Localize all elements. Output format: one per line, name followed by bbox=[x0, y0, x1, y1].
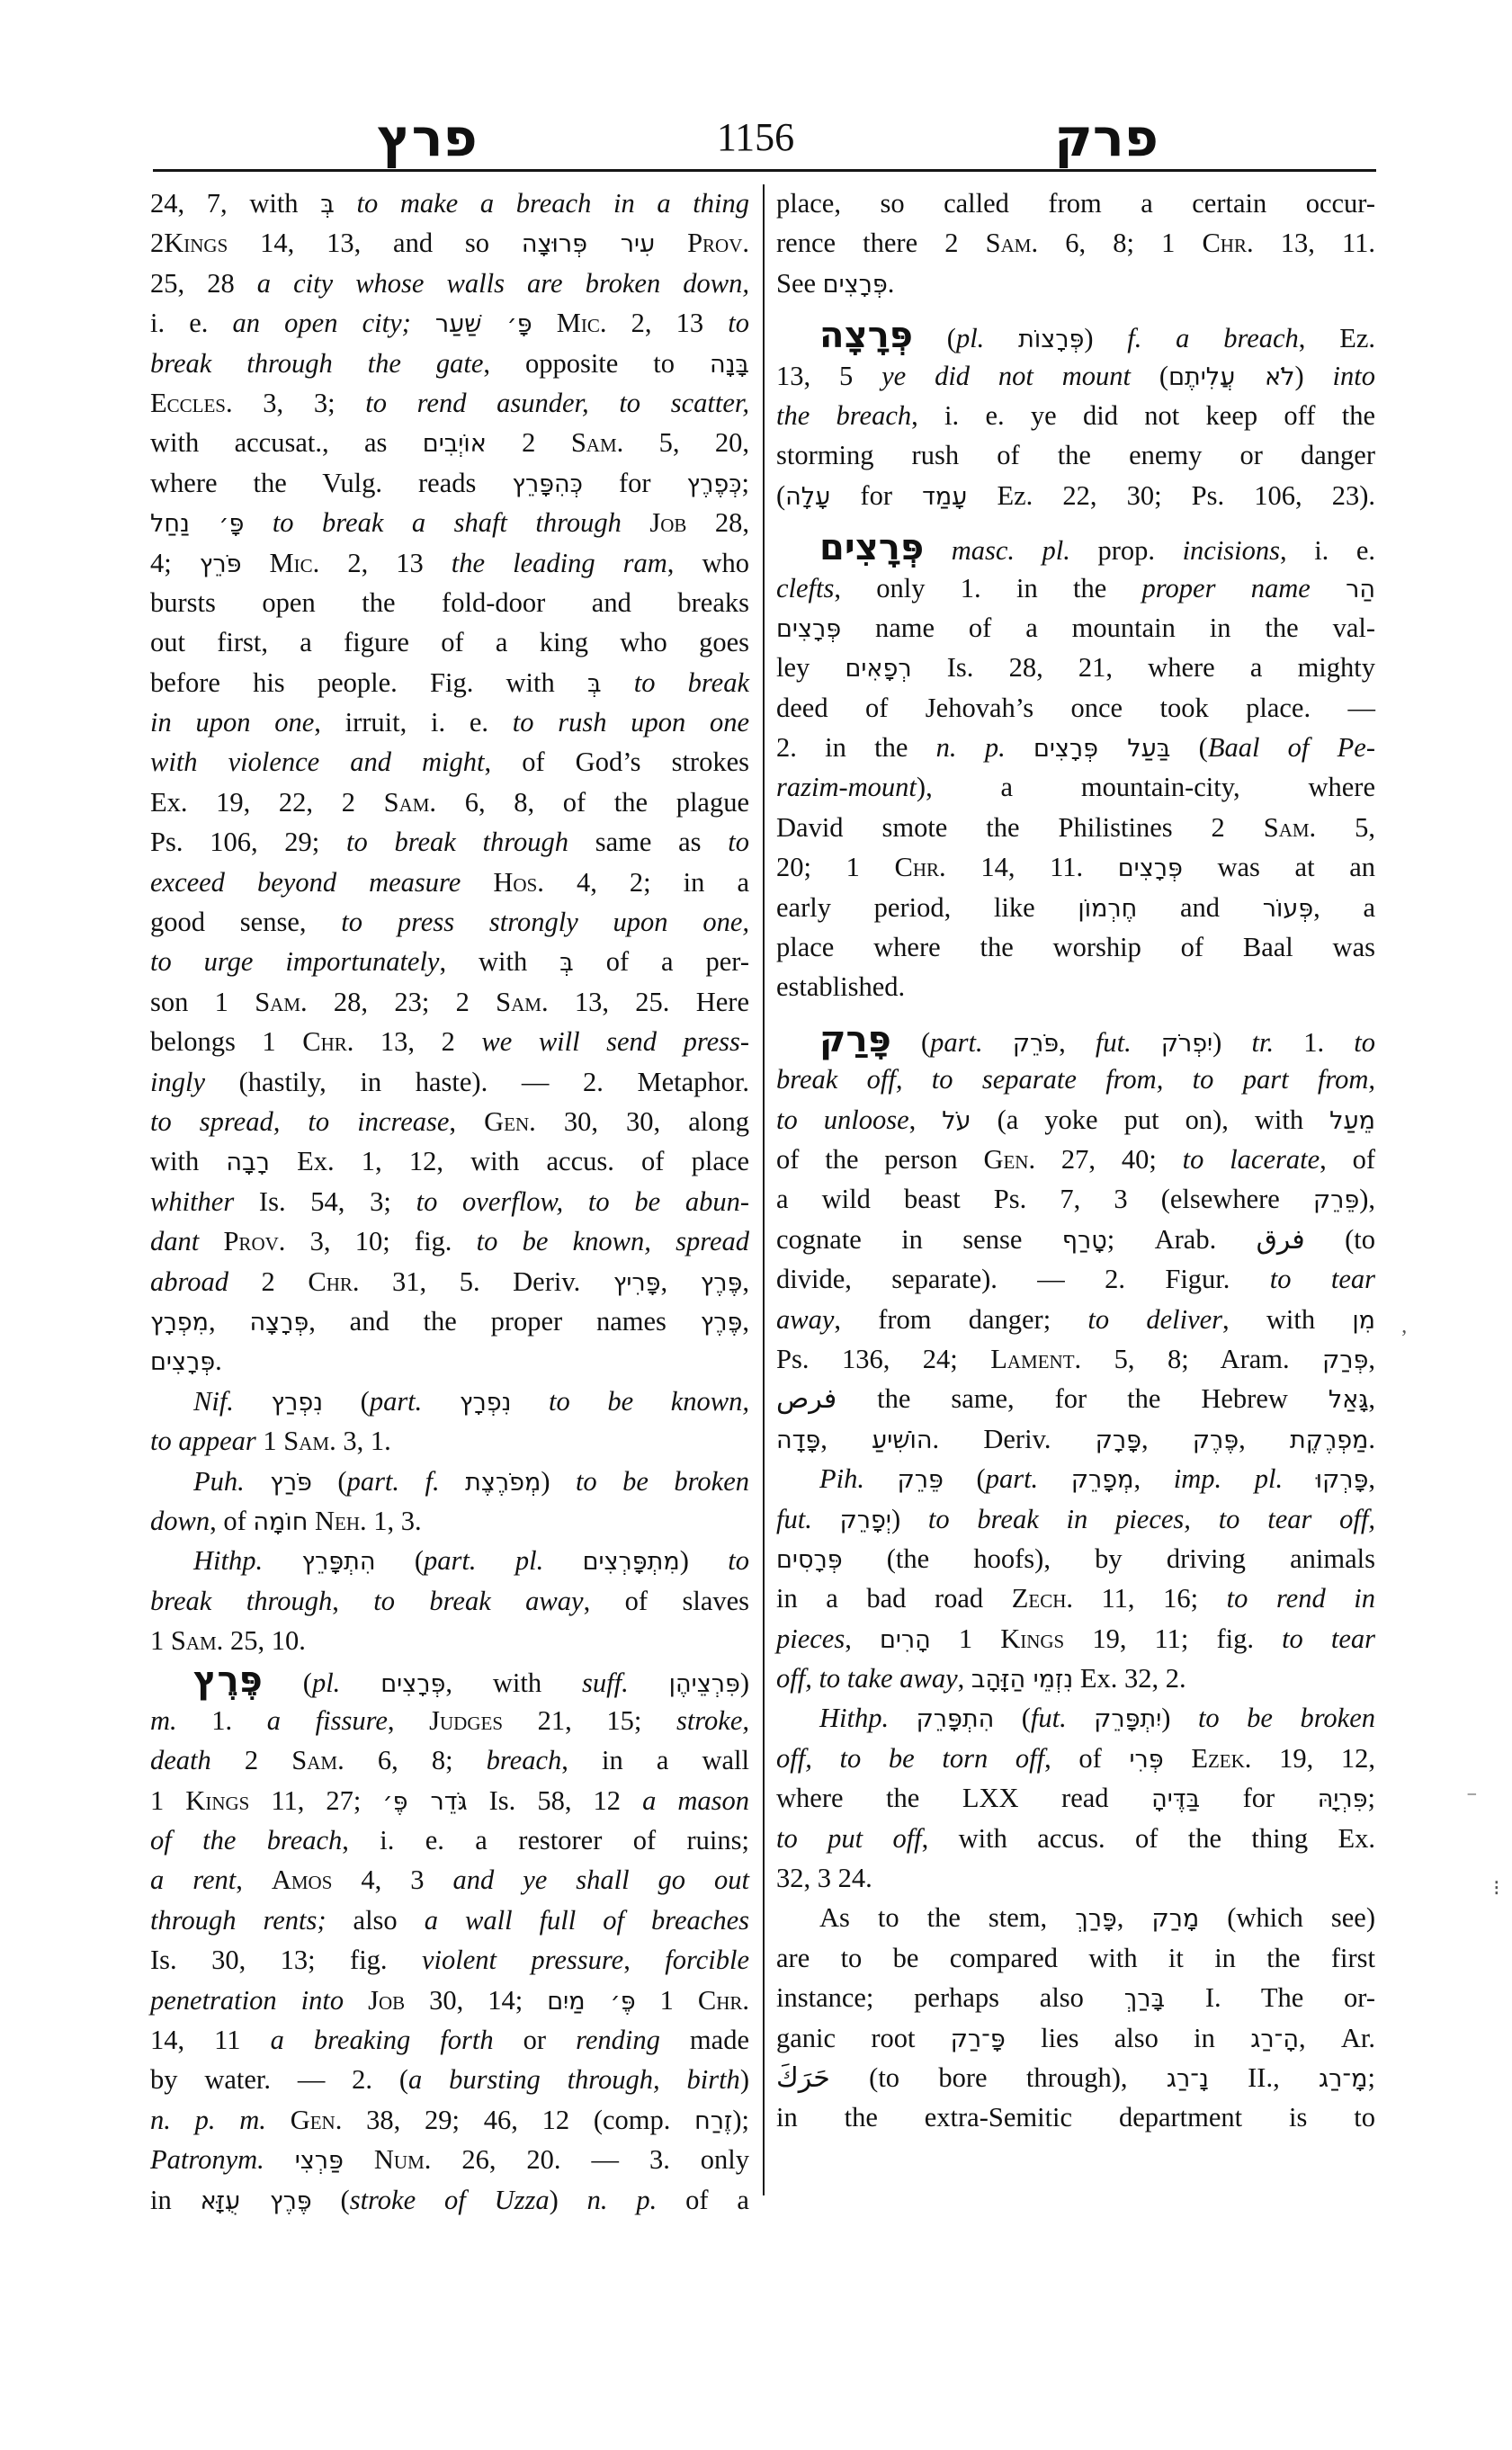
roman-text: (which see) bbox=[1199, 1902, 1375, 1933]
roman-text: , of bbox=[1044, 1743, 1129, 1774]
text-line: פְּרָצִים masc. pl. prop. incisions, i. … bbox=[776, 528, 1375, 568]
hebrew-word: בְּ bbox=[320, 191, 335, 219]
book-abbreviation: Hos. bbox=[493, 867, 544, 898]
roman-text bbox=[629, 1668, 669, 1698]
text-line: of the breach, i. e. a restorer of ruins… bbox=[150, 1820, 749, 1860]
hebrew-word: פְּעוֹר bbox=[1263, 895, 1313, 923]
roman-text: ) bbox=[680, 1545, 729, 1576]
book-abbreviation: Gen. bbox=[484, 1106, 536, 1137]
book-abbreviation: Sam. bbox=[384, 787, 436, 818]
hebrew-word: פְּרָסִים bbox=[776, 1546, 843, 1574]
text-line: to appear 1 Sam. 3, 1. bbox=[150, 1421, 749, 1461]
text-line: حَرَكَ (to bore through), נָ־רַג II., מָ… bbox=[776, 2058, 1375, 2097]
text-line: out first, a figure of a king who goes bbox=[150, 622, 749, 662]
italic-text: a bursting through, birth bbox=[408, 2064, 740, 2095]
roman-text bbox=[1038, 1463, 1071, 1494]
roman-text: ) bbox=[740, 2064, 749, 2095]
book-abbreviation: Sam. bbox=[283, 1426, 336, 1456]
italic-text: violent pressure bbox=[422, 1945, 623, 1975]
roman-text: . bbox=[215, 1346, 222, 1376]
roman-text: ), a mountain-city, where bbox=[917, 772, 1375, 802]
text-line: (עָלָה for עָמַד Ez. 22, 30; Ps. 106, 23… bbox=[776, 476, 1375, 515]
roman-text: 6, 8; 1 bbox=[1038, 228, 1202, 258]
column-divider bbox=[763, 184, 765, 2195]
italic-text: death bbox=[150, 1745, 211, 1775]
roman-text: 2 bbox=[150, 228, 164, 258]
roman-text bbox=[511, 1386, 549, 1417]
roman-text: (to bbox=[1305, 1224, 1375, 1255]
text-line: a rent, Amos 4, 3 and ye shall go out bbox=[150, 1860, 749, 1900]
roman-text: Ps. 106, 29; bbox=[150, 827, 346, 857]
text-line: n. p. m. Gen. 38, 29; 46, 12 (comp. זֶרַ… bbox=[150, 2100, 749, 2140]
roman-text: of a bbox=[657, 2185, 749, 2215]
roman-text: divide, separate). — 2. Figur. bbox=[776, 1264, 1270, 1294]
text-line: the breach, i. e. ye did not keep off th… bbox=[776, 396, 1375, 435]
hebrew-word: פֶּרֶק bbox=[1193, 1426, 1239, 1454]
roman-text: 1. bbox=[1274, 1027, 1354, 1058]
italic-text: to be known, spread bbox=[477, 1226, 749, 1256]
roman-text: made bbox=[660, 2025, 749, 2055]
italic-text: a wall full of breaches bbox=[425, 1905, 749, 1936]
text-line: ingly (hastily, in haste). — 2. Metaphor… bbox=[150, 1062, 749, 1102]
roman-text: ) bbox=[1161, 1703, 1198, 1733]
hebrew-word: כְּהִפָּרֵץ bbox=[512, 470, 583, 498]
roman-text: , bbox=[1368, 1463, 1375, 1494]
text-line: good sense, to press strongly upon one, bbox=[150, 902, 749, 942]
roman-text bbox=[543, 1545, 582, 1576]
italic-text: tr. bbox=[1252, 1027, 1275, 1058]
italic-text: away bbox=[776, 1304, 834, 1335]
hebrew-word: נִפְרַץ bbox=[272, 1389, 323, 1417]
hebrew-word: מִפְרָץ bbox=[150, 1309, 209, 1337]
entry-headword: פֶּרֶץ bbox=[193, 1659, 263, 1701]
text-line: 20; 1 Chr. 14, 11. פְּרָצִים was at an bbox=[776, 847, 1375, 887]
text-line: off, to take away, נִזְמֵי הַזָּהָב Ex. … bbox=[776, 1659, 1375, 1698]
roman-text bbox=[1132, 1027, 1161, 1058]
roman-text: 26, 20. — 3. only bbox=[431, 2144, 749, 2175]
roman-text: early period, like bbox=[776, 892, 1078, 923]
text-line: ganic root פָּ־רַק lies also in הָ־רַג, … bbox=[776, 2018, 1375, 2058]
italic-text: rending bbox=[576, 2025, 660, 2055]
hebrew-word: עֹל bbox=[942, 1107, 971, 1135]
italic-text: pl. bbox=[312, 1668, 340, 1698]
text-line: place, so called from a certain occur- bbox=[776, 183, 1375, 223]
hebrew-word: מַפְרֶקֶת bbox=[1290, 1426, 1368, 1454]
italic-text: proper name bbox=[1142, 573, 1311, 604]
hebrew-word: פֹּרֵץ bbox=[200, 550, 242, 578]
text-line: פָּדָה, הוֹשִׁיעַ. Deriv. פָּרָק, פֶּרֶק… bbox=[776, 1419, 1375, 1459]
text-line: clefts, only 1. in the proper name הַר bbox=[776, 568, 1375, 608]
running-head-right-text: פרק bbox=[1054, 107, 1159, 168]
italic-text: a fissure bbox=[267, 1705, 388, 1736]
italic-text: to overflow, to be abun- bbox=[416, 1186, 749, 1217]
roman-text bbox=[308, 1506, 315, 1536]
italic-text: the leading ram bbox=[452, 548, 667, 578]
hebrew-word: פֹּרַץ bbox=[270, 1469, 312, 1497]
hebrew-word: מְפָרֵק bbox=[1071, 1466, 1134, 1494]
roman-text bbox=[983, 1027, 1013, 1058]
text-line: pieces, הָרִים 1 Kings 19, 11; fig. to t… bbox=[776, 1619, 1375, 1659]
italic-text: fut. bbox=[1031, 1703, 1067, 1733]
italic-text: to put off bbox=[776, 1823, 922, 1854]
hebrew-word: חוֹמָה bbox=[253, 1508, 308, 1536]
text-line: פְּרָצִים. bbox=[150, 1341, 749, 1381]
italic-text: to deliver bbox=[1087, 1304, 1222, 1335]
italic-text: pl. bbox=[956, 323, 984, 353]
roman-text: 28, bbox=[686, 507, 749, 538]
hebrew-word: כְּפֶרֶץ bbox=[687, 470, 742, 498]
hebrew-word: פִּרְצֵיהֶן bbox=[669, 1670, 740, 1698]
text-line: deed of Jehovah’s once took place. — bbox=[776, 688, 1375, 728]
roman-text: 21, 15; bbox=[503, 1705, 676, 1736]
roman-text: Ex. 1, 12, with accus. of place bbox=[270, 1146, 749, 1176]
book-abbreviation: Sam. bbox=[291, 1745, 344, 1775]
hebrew-word: פֶּרֶץ bbox=[701, 1269, 743, 1297]
roman-text: 5, 20, bbox=[623, 427, 749, 458]
text-line: abroad 2 Chr. 31, 5. Deriv. פָּרִיץ, פֶּ… bbox=[150, 1262, 749, 1301]
roman-text: ) bbox=[891, 1504, 928, 1534]
roman-text: , of slaves bbox=[584, 1586, 749, 1616]
text-line: פְּרָצִים name of a mountain in the val- bbox=[776, 608, 1375, 648]
text-line: off, to be torn off, of פְּרִי Ezek. 19,… bbox=[776, 1739, 1375, 1778]
text-line: 14, 11 a breaking forth or rending made bbox=[150, 2020, 749, 2060]
italic-text: to press strongly upon one, bbox=[341, 907, 749, 937]
roman-text: established. bbox=[776, 971, 905, 1002]
text-line: See פְּרָצִים. bbox=[776, 264, 1375, 303]
text-line: Puh. פֹּרַץ (part. f. מְפֹרֶצֶת) to be b… bbox=[150, 1462, 749, 1501]
roman-text: , i. e. ye did not keep off the bbox=[911, 400, 1375, 431]
roman-text: 2, 13 bbox=[319, 548, 452, 578]
italic-text: n. p. bbox=[587, 2185, 658, 2215]
text-line: in the extra-Semitic department is to bbox=[776, 2097, 1375, 2137]
text-line: son 1 Sam. 28, 23; 2 Sam. 13, 25. Here bbox=[150, 982, 749, 1022]
roman-text: , bbox=[909, 1104, 943, 1135]
hebrew-word: פֵּרֵק bbox=[1313, 1186, 1359, 1214]
text-line: פָּ׳ נַחַל to break a shaft through Job … bbox=[150, 503, 749, 542]
roman-text: . bbox=[888, 268, 895, 299]
roman-text: bursts open the fold-door and breaks bbox=[150, 587, 749, 618]
text-line: bursts open the fold-door and breaks bbox=[150, 583, 749, 622]
roman-text: 20; 1 bbox=[776, 852, 895, 882]
roman-text: ( bbox=[891, 1027, 930, 1058]
roman-text: Ex. 32, 2. bbox=[1073, 1663, 1185, 1694]
italic-text: penetration into bbox=[150, 1985, 344, 2016]
roman-text: David smote the Philistines 2 bbox=[776, 812, 1264, 843]
text-line: to spread, to increase, Gen. 30, 30, alo… bbox=[150, 1102, 749, 1141]
text-line: a wild beast Ps. 7, 3 (elsewhere פֵּרֵק)… bbox=[776, 1179, 1375, 1219]
roman-text: , i. e. a restorer of ruins; bbox=[342, 1825, 749, 1855]
roman-text: 6, 8, of the plague bbox=[436, 787, 749, 818]
roman-text: 11, 27; bbox=[249, 1785, 382, 1816]
roman-text: good sense, bbox=[150, 907, 341, 937]
italic-text: break through the gate bbox=[150, 348, 483, 379]
book-abbreviation: Prov. bbox=[687, 228, 749, 258]
italic-text: Hithp. bbox=[193, 1545, 263, 1576]
text-line: Ps. 136, 24; Lament. 5, 8; Aram. פְּרַק, bbox=[776, 1339, 1375, 1379]
roman-text: , a bbox=[1313, 892, 1375, 923]
roman-text: also bbox=[327, 1905, 425, 1936]
italic-text: to bbox=[728, 308, 749, 338]
book-abbreviation: Amos bbox=[272, 1864, 333, 1895]
roman-text: ( bbox=[1131, 361, 1168, 391]
hebrew-word: עָמַד bbox=[922, 483, 967, 511]
book-abbreviation: Sam. bbox=[171, 1625, 223, 1656]
book-abbreviation: Kings bbox=[1000, 1623, 1064, 1654]
hebrew-word: מֵעַל bbox=[1329, 1107, 1375, 1135]
text-line: פְּרָסִים (the hoofs), by driving animal… bbox=[776, 1539, 1375, 1578]
italic-text: to be broken bbox=[1198, 1703, 1375, 1733]
italic-text: off, to take away bbox=[776, 1663, 958, 1694]
hebrew-word: פִּרְיָהּ bbox=[1318, 1785, 1368, 1813]
text-line: established. bbox=[776, 967, 1375, 1006]
roman-text: , bbox=[388, 1705, 429, 1736]
roman-text bbox=[340, 1668, 380, 1698]
hebrew-word: פָּדָה bbox=[776, 1426, 820, 1454]
hebrew-word: יְפָרֵק bbox=[840, 1507, 891, 1534]
hebrew-word: פֹּרֵק bbox=[1013, 1030, 1059, 1058]
italic-text: fut. bbox=[776, 1504, 812, 1534]
roman-text: ) bbox=[550, 2185, 587, 2215]
italic-text: stroke, bbox=[676, 1705, 749, 1736]
italic-text: to tear bbox=[1270, 1264, 1375, 1294]
roman-text: or bbox=[494, 2025, 577, 2055]
roman-text: place where the worship of Baal was bbox=[776, 932, 1375, 962]
text-line: to urge importunately, with בְּ of a per… bbox=[150, 942, 749, 981]
roman-text: name of a mountain in the val- bbox=[841, 612, 1375, 643]
roman-text: out first, a figure of a king who goes bbox=[150, 627, 749, 657]
text-line: m. 1. a fissure, Judges 21, 15; stroke, bbox=[150, 1701, 749, 1740]
roman-text: Ez. 22, 30; Ps. 106, 23). bbox=[967, 480, 1375, 511]
hebrew-word: לֹא עֲלִיתֶם bbox=[1168, 363, 1294, 391]
roman-text: Ex. 19, 22, 2 bbox=[150, 787, 384, 818]
hebrew-word: פֶּרֶץ bbox=[701, 1309, 743, 1337]
roman-text: II., bbox=[1209, 2062, 1319, 2093]
roman-text bbox=[266, 2105, 291, 2135]
book-abbreviation: Gen. bbox=[983, 1144, 1035, 1175]
roman-text: , with bbox=[1222, 1304, 1352, 1335]
roman-text: , bbox=[1117, 1902, 1152, 1933]
roman-text bbox=[864, 1463, 898, 1494]
roman-text: ganic root bbox=[776, 2023, 951, 2053]
roman-text: was at an bbox=[1183, 852, 1375, 882]
roman-text: , of bbox=[210, 1506, 253, 1536]
roman-text: , bbox=[1141, 1424, 1193, 1454]
hebrew-word: פֶּ׳ מַיִם bbox=[547, 1988, 635, 2016]
margin-mark-dash: ⁻ bbox=[1466, 1785, 1478, 1811]
book-abbreviation: Zech. bbox=[1012, 1583, 1073, 1614]
hebrew-word: עִיר פְּרוּצָה bbox=[522, 230, 655, 258]
italic-text: razim-mount bbox=[776, 772, 917, 802]
hebrew-word: רְפָאִים bbox=[845, 655, 911, 683]
text-line: break through the gate, opposite to בָּנ… bbox=[150, 344, 749, 383]
entry-gap bbox=[776, 515, 1375, 528]
italic-text: to lacerate bbox=[1183, 1144, 1320, 1175]
roman-text: for bbox=[830, 480, 922, 511]
roman-text bbox=[1311, 573, 1346, 604]
hebrew-word: גָּאַל bbox=[1329, 1386, 1369, 1414]
italic-text: to spread, to increase bbox=[150, 1106, 449, 1137]
roman-text: 30, 14; bbox=[405, 1985, 547, 2016]
roman-text bbox=[622, 507, 650, 538]
hebrew-word: פְּרָצָה bbox=[249, 1309, 309, 1337]
hebrew-word: פְּרָצִים bbox=[823, 271, 888, 299]
text-line: 2. in the n. p. בַּעַל פְּרָצִים (Baal o… bbox=[776, 728, 1375, 767]
roman-text bbox=[532, 308, 557, 338]
roman-text: , only 1. in the bbox=[834, 573, 1141, 604]
roman-text: 5, 8; Aram. bbox=[1081, 1344, 1322, 1374]
roman-text bbox=[1164, 1743, 1192, 1774]
book-abbreviation: Kings bbox=[164, 228, 228, 258]
roman-text: , bbox=[661, 1266, 701, 1297]
italic-text: through rents; bbox=[150, 1905, 327, 1936]
roman-text: ; bbox=[1368, 1783, 1375, 1813]
hebrew-word: מָרַק bbox=[1151, 1905, 1199, 1933]
roman-text: where the Vulg. reads bbox=[150, 468, 512, 498]
roman-text: , bbox=[742, 1266, 749, 1297]
hebrew-word: הִתְפָּרֵץ bbox=[301, 1548, 375, 1576]
book-abbreviation: Chr. bbox=[1202, 228, 1253, 258]
book-abbreviation: Chr. bbox=[308, 1266, 359, 1297]
italic-text: n. p. m. bbox=[150, 2105, 266, 2135]
roman-text: 4; bbox=[150, 548, 200, 578]
roman-text bbox=[344, 1985, 368, 2016]
roman-text: in bbox=[150, 2185, 201, 2215]
text-line: Ex. 19, 22, 2 Sam. 6, 8, of the plague bbox=[150, 782, 749, 822]
text-line: where the LXX read בַּדֶּיהָ for פִּרְיָ… bbox=[776, 1778, 1375, 1818]
italic-text: n. p. bbox=[936, 732, 1006, 763]
text-line: rence there 2 Sam. 6, 8; 1 Chr. 13, 11. bbox=[776, 223, 1375, 263]
hebrew-word: יִתְפָּרֵק bbox=[1094, 1705, 1161, 1733]
roman-text bbox=[241, 548, 269, 578]
hebrew-word: פַּרְצִי bbox=[295, 2147, 344, 2175]
roman-text: ( bbox=[263, 1668, 312, 1698]
roman-text: 1 bbox=[256, 1426, 284, 1456]
text-line: מִפְרָץ, פְּרָצָה, and the proper names … bbox=[150, 1301, 749, 1341]
roman-text: 2 bbox=[487, 427, 571, 458]
italic-text: masc. pl. bbox=[952, 535, 1070, 566]
hebrew-word: נָ־רַג bbox=[1167, 2065, 1209, 2093]
roman-text: 3, 3; bbox=[233, 388, 366, 418]
roman-text: 38, 29; 46, 12 (comp. bbox=[342, 2105, 694, 2135]
text-line: break through, to break away, of slaves bbox=[150, 1581, 749, 1621]
text-line: 4; פֹּרֵץ Mic. 2, 13 the leading ram, wh… bbox=[150, 543, 749, 583]
roman-text: a wild beast Ps. 7, 3 (elsewhere bbox=[776, 1184, 1313, 1214]
running-head-left-text: פרץ bbox=[377, 107, 477, 168]
italic-text: incisions bbox=[1183, 535, 1280, 566]
italic-text: off, to be torn off bbox=[776, 1743, 1044, 1774]
hebrew-word: הָרִים bbox=[880, 1626, 931, 1654]
roman-text: , bbox=[332, 1586, 373, 1616]
entry-headword: פְּרָצִים bbox=[819, 527, 924, 568]
roman-text: son 1 bbox=[150, 987, 255, 1017]
text-line: 1 Kings 11, 27; גֹּדֵר פֶּ׳ Is. 58, 12 a… bbox=[150, 1781, 749, 1820]
roman-text: of a per- bbox=[574, 946, 749, 977]
roman-text: 14, 11 bbox=[150, 2025, 271, 2055]
roman-text: ; bbox=[1368, 2062, 1375, 2093]
hebrew-word: זֶרַח bbox=[694, 2107, 732, 2135]
hebrew-word: פֵּרֵק bbox=[898, 1466, 944, 1494]
book-abbreviation: Job bbox=[368, 1985, 405, 2016]
roman-text: 1 bbox=[931, 1623, 1000, 1654]
text-line: instance; perhaps also בָּרַךְ I. The or… bbox=[776, 1978, 1375, 2017]
roman-text: 2 bbox=[228, 1266, 308, 1297]
roman-text: , bbox=[820, 1424, 872, 1454]
text-line: in a bad road Zech. 11, 16; to rend in bbox=[776, 1578, 1375, 1618]
roman-text bbox=[440, 1466, 465, 1497]
italic-text: to rend in bbox=[1227, 1583, 1375, 1614]
italic-text: part. pl. bbox=[424, 1545, 543, 1576]
italic-text: clefts bbox=[776, 573, 834, 604]
roman-text: 25, 10. bbox=[223, 1625, 306, 1656]
hebrew-word: פְּרָצִים bbox=[776, 615, 841, 643]
roman-text: , bbox=[742, 1306, 749, 1337]
roman-text: See bbox=[776, 268, 823, 299]
roman-text: belongs 1 bbox=[150, 1026, 302, 1057]
text-line: are to be compared with it in the first bbox=[776, 1938, 1375, 1978]
hebrew-word: יִפְרֹק bbox=[1161, 1030, 1212, 1058]
hebrew-word: בְּ bbox=[559, 949, 574, 977]
italic-text: break through bbox=[150, 1586, 332, 1616]
italic-text: to tear bbox=[1282, 1623, 1375, 1654]
roman-text: . Deriv. bbox=[932, 1424, 1095, 1454]
hebrew-word: בְּ bbox=[587, 670, 602, 698]
roman-text: Is. 28, 21, where a mighty bbox=[912, 652, 1375, 683]
roman-text: for bbox=[1200, 1783, 1318, 1813]
roman-text: 28, 23; 2 bbox=[308, 987, 497, 1017]
hebrew-word: פָּרָק bbox=[1096, 1426, 1141, 1454]
italic-text: to rush upon one bbox=[513, 707, 749, 738]
roman-text: instance; perhaps also bbox=[776, 1982, 1124, 2013]
dictionary-page: פרץ 1156 פרק 24, 7, with בְּ to make a b… bbox=[0, 0, 1512, 2450]
roman-text: , i. e. bbox=[1280, 535, 1375, 566]
text-line: 1 Sam. 25, 10. bbox=[150, 1621, 749, 1660]
roman-text: 2, 13 bbox=[607, 308, 729, 338]
roman-text bbox=[602, 667, 634, 698]
margin-mark-dots: ⁝ bbox=[1493, 1875, 1500, 1901]
roman-text: 3, 1. bbox=[336, 1426, 391, 1456]
italic-text: to urge importunately bbox=[150, 946, 439, 977]
hebrew-word: פְּרָצִים bbox=[1118, 854, 1183, 882]
italic-text: stroke of Uzza bbox=[350, 2185, 550, 2215]
text-line: where the Vulg. reads כְּהִפָּרֵץ for כְ… bbox=[150, 463, 749, 503]
roman-text bbox=[234, 1386, 272, 1417]
roman-text: place, so called from a certain occur- bbox=[776, 188, 1375, 219]
hebrew-word: בַּדֶּיהָ bbox=[1151, 1785, 1200, 1813]
roman-text: 1 bbox=[150, 1625, 171, 1656]
text-line: early period, like חֶרְמוֹן and פְּעוֹר,… bbox=[776, 888, 1375, 927]
roman-text: 2. in the bbox=[776, 732, 936, 763]
text-line: to put off, with accus. of the thing Ex. bbox=[776, 1819, 1375, 1858]
hebrew-word: פְּרַק bbox=[1322, 1346, 1368, 1374]
right-column: place, so called from a certain occur-re… bbox=[776, 183, 1375, 2138]
margin-mark-tick: ʼ bbox=[1400, 1327, 1408, 1351]
italic-text: m. bbox=[150, 1705, 177, 1736]
running-head-left: פרץ bbox=[355, 106, 499, 169]
text-line: penetration into Job 30, 14; פֶּ׳ מַיִם … bbox=[150, 1981, 749, 2020]
italic-text: break off, to separate from, to part fro… bbox=[776, 1064, 1375, 1095]
hebrew-word: בָּרַךְ bbox=[1124, 1985, 1165, 2013]
italic-text: to appear bbox=[150, 1426, 256, 1456]
text-line: Pih. פֵּרֵק (part. מְפָרֵק, imp. pl. פָּ… bbox=[776, 1459, 1375, 1498]
roman-text: 25, 28 bbox=[150, 268, 257, 299]
book-abbreviation: Eccles. bbox=[150, 388, 233, 418]
hebrew-word: אוֹיְבִים bbox=[423, 430, 487, 458]
roman-text: 32, 3 24. bbox=[776, 1863, 872, 1893]
hebrew-word: פָּרִיץ bbox=[613, 1269, 661, 1297]
text-line: in upon one, irruit, i. e. to rush upon … bbox=[150, 702, 749, 742]
text-line: 25, 28 a city whose walls are broken dow… bbox=[150, 264, 749, 303]
italic-text: part. bbox=[986, 1463, 1038, 1494]
